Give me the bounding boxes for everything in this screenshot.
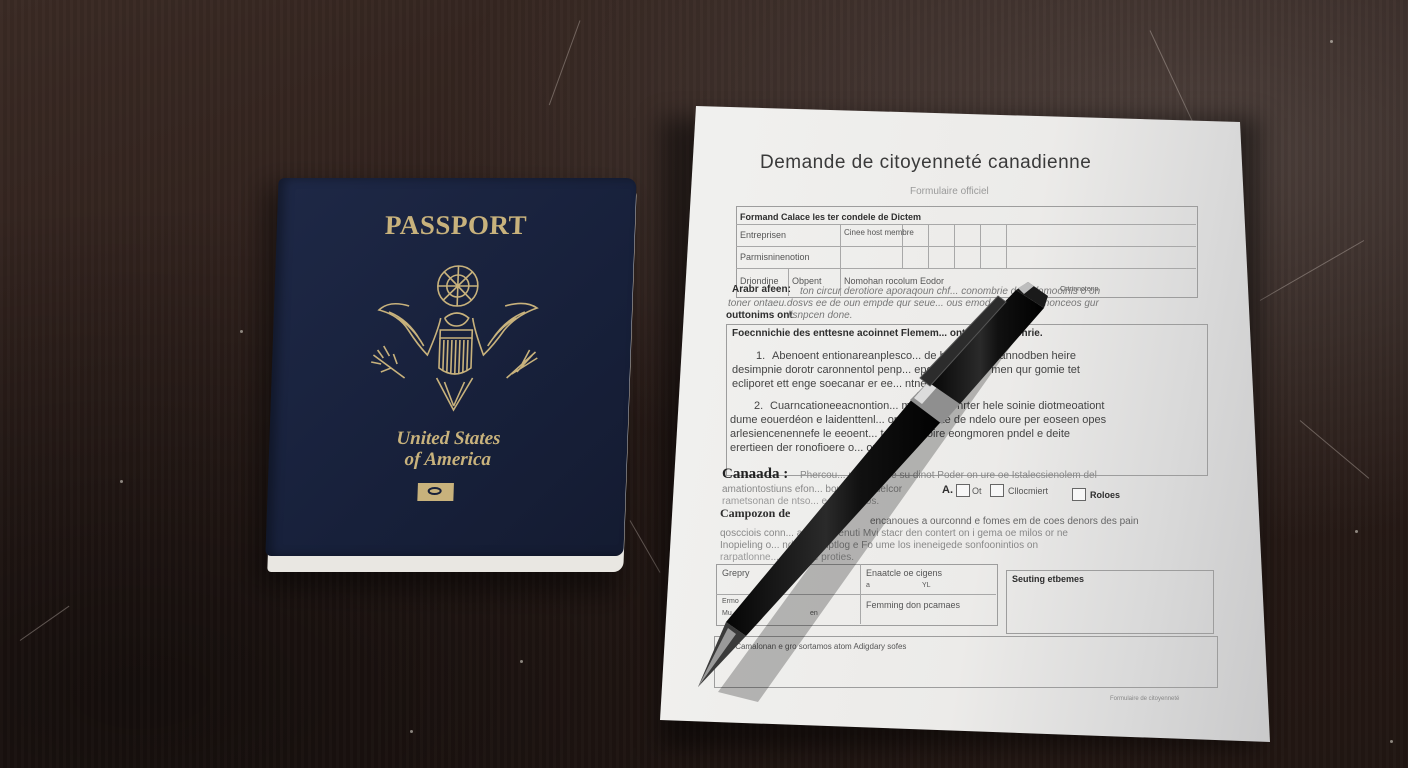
table1-header: Formand Calace les ter condele de Dictem [740, 212, 921, 222]
table-speck [1330, 40, 1333, 43]
table-rule [954, 224, 955, 268]
passport-title: PASSPORT [276, 210, 635, 241]
table-speck [410, 730, 413, 733]
passport-country-line2: of America [268, 449, 627, 470]
table-rule [736, 268, 1196, 269]
table-speck [240, 330, 243, 333]
passport[interactable]: PASSPORT United States of America [265, 178, 636, 556]
checkbox-roloes[interactable] [1072, 488, 1086, 501]
form-footer: Formulaire de citoyenneté [1110, 696, 1179, 702]
pen[interactable] [698, 282, 1058, 702]
table1-row-label: Parmisninenotion [740, 252, 810, 262]
table-speck [120, 480, 123, 483]
table-rule [736, 246, 1196, 247]
table-rule [928, 224, 929, 268]
form-subtitle: Formulaire officiel [910, 186, 989, 197]
table-speck [1390, 740, 1393, 743]
table1-row-label: Entreprisen [740, 230, 786, 240]
form-title: Demande de citoyenneté canadienne [760, 152, 1091, 174]
biometric-chip-icon [417, 483, 454, 501]
checkbox-label: Roloes [1090, 490, 1120, 500]
table-rule [1006, 224, 1007, 268]
table-speck [1355, 530, 1358, 533]
table-rule [980, 224, 981, 268]
table-rule [736, 224, 1196, 225]
table-speck [520, 660, 523, 663]
table1-col-label: Cinee host membre [844, 228, 914, 237]
eagle-seal-icon [365, 260, 546, 420]
passport-country: United States of America [268, 428, 627, 470]
passport-country-line1: United States [269, 428, 628, 449]
